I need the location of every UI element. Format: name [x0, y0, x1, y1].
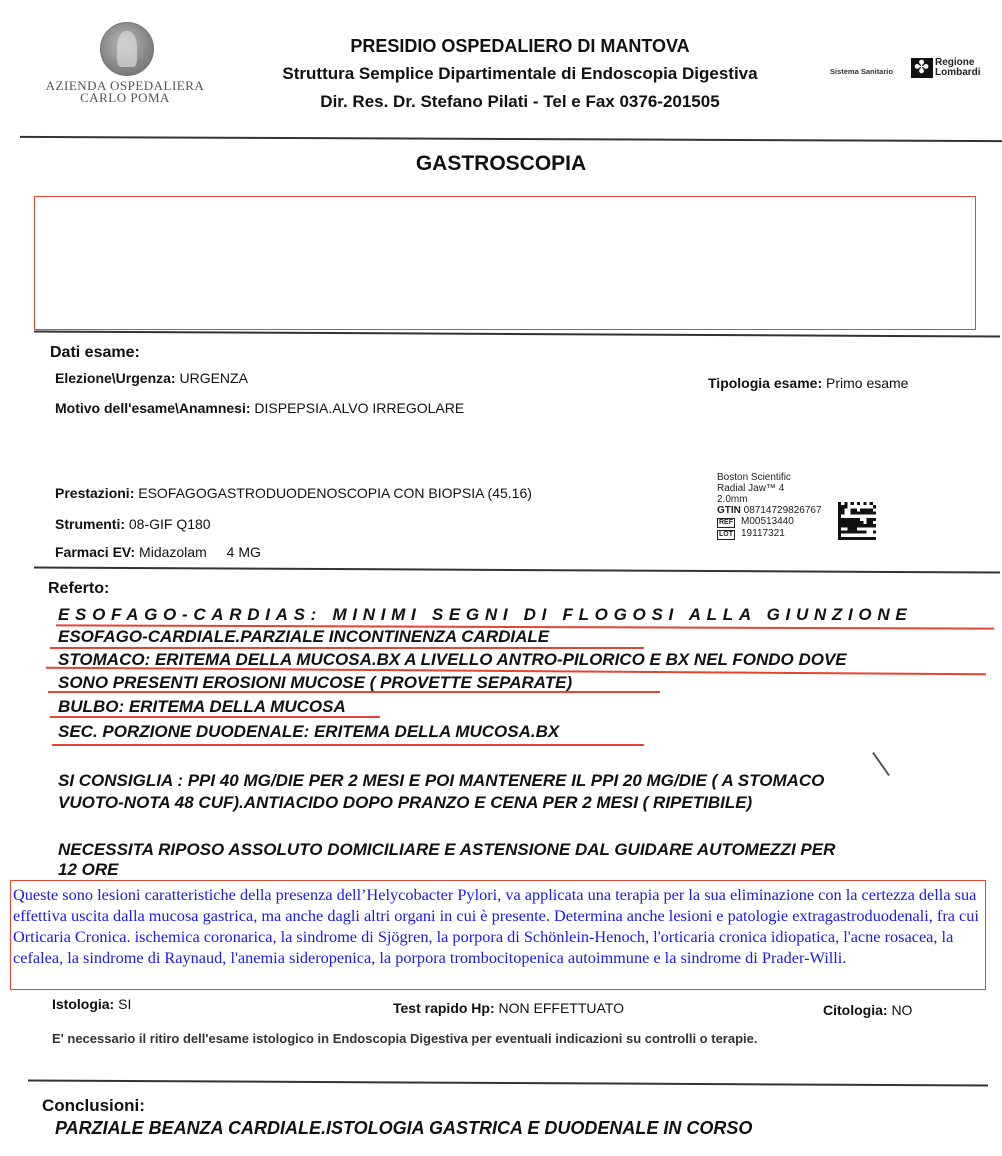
tipologia-label: Tipologia esame:	[708, 375, 822, 391]
prestazioni-label: Prestazioni:	[55, 485, 134, 501]
citologia-value: NO	[891, 1002, 912, 1018]
dati-esame-heading: Dati esame:	[50, 344, 140, 362]
ref-value: M00513440	[741, 516, 794, 527]
lot-label: LOT	[717, 530, 735, 540]
advice-line-1: SI CONSIGLIA : PPI 40 MG/DIE PER 2 MESI …	[58, 770, 824, 792]
referto-line-6: SEC. PORZIONE DUODENALE: ERITEMA DELLA M…	[58, 722, 559, 742]
logo-line-2: CARLO POMA	[30, 92, 220, 104]
lot-value: 19117321	[741, 528, 785, 539]
hospital-logo-medal-icon	[100, 22, 154, 76]
patient-divider	[34, 330, 1000, 337]
document-title: GASTROSCOPIA	[0, 152, 1002, 176]
prestazioni-field: Prestazioni: ESOFAGOGASTRODUODENOSCOPIA …	[55, 485, 532, 501]
advice-line-2: VUOTO-NOTA 48 CUF).ANTIACIDO DOPO PRANZO…	[58, 792, 824, 814]
test-rapido-value: NON EFFETTUATO	[499, 1000, 624, 1016]
citologia-label: Citologia:	[823, 1002, 888, 1018]
redacted-patient-box	[34, 196, 976, 330]
motivo-label: Motivo dell'esame\Anamnesi:	[55, 400, 251, 416]
results-divider	[28, 1079, 988, 1086]
conclusioni-text: PARZIALE BEANZA CARDIALE.ISTOLOGIA GASTR…	[55, 1118, 752, 1139]
elezione-value: URGENZA	[179, 370, 247, 386]
rest-line-1: NECESSITA RIPOSO ASSOLUTO DOMICILIARE E …	[58, 840, 835, 860]
device-sticker: Boston Scientific Radial Jaw™ 4 2.0mm GT…	[717, 472, 822, 540]
device-brand: Boston Scientific	[717, 472, 822, 483]
strumenti-field: Strumenti: 08-GIF Q180	[55, 516, 211, 532]
device-size: 2.0mm	[717, 494, 822, 505]
tipologia-value: Primo esame	[826, 375, 908, 391]
tipologia-field: Tipologia esame: Primo esame	[708, 375, 908, 391]
gtin-label: GTIN	[717, 505, 741, 516]
prestazioni-value: ESOFAGOGASTRODUODENOSCOPIA CON BIOPSIA (…	[138, 485, 532, 501]
datamatrix-barcode-icon	[838, 502, 876, 540]
header-presidio: PRESIDIO OSPEDALIERO DI MANTOVA	[240, 36, 800, 57]
header-struttura: Struttura Semplice Dipartimentale di End…	[240, 64, 800, 84]
dati-divider	[34, 566, 1000, 573]
referto-heading: Referto:	[48, 580, 109, 598]
device-lot: LOT19117321	[717, 528, 822, 540]
advice-block: SI CONSIGLIA : PPI 40 MG/DIE PER 2 MESI …	[58, 770, 824, 814]
test-rapido-field: Test rapido Hp: NON EFFETTUATO	[393, 1000, 624, 1016]
regione-lombardia-label: Regione Lombardi	[935, 58, 981, 78]
farmaci-field: Farmaci EV: Midazolam 4 MG	[55, 544, 261, 560]
red-underline-2	[50, 647, 644, 649]
istologia-label: Istologia:	[52, 996, 114, 1012]
histology-pickup-note: E' necessario il ritiro dell'esame istol…	[52, 1031, 757, 1046]
regione-line-2: Lombardi	[935, 68, 981, 78]
referto-line-1: ESOFAGO-CARDIAS: MINIMI SEGNI DI FLOGOSI…	[58, 605, 912, 625]
farmaci-label: Farmaci EV:	[55, 544, 135, 560]
header-divider	[20, 136, 1002, 142]
helicobacter-annotation-note: Queste sono lesioni caratteristiche dell…	[10, 880, 986, 990]
gtin-value: 08714729826767	[744, 505, 822, 516]
citologia-field: Citologia: NO	[823, 1002, 912, 1018]
motivo-value: DISPEPSIA.ALVO IRREGOLARE	[254, 400, 464, 416]
referto-line-5: BULBO: ERITEMA DELLA MUCOSA	[58, 697, 346, 717]
istologia-value: SI	[118, 996, 131, 1012]
sistema-sanitario-label: Sistema Sanitario	[830, 67, 893, 76]
rest-block: NECESSITA RIPOSO ASSOLUTO DOMICILIARE E …	[58, 840, 835, 880]
ref-label: REF	[717, 518, 735, 528]
device-product: Radial Jaw™ 4	[717, 483, 822, 494]
red-underline-6	[52, 744, 644, 746]
elezione-field: Elezione\Urgenza: URGENZA	[55, 370, 248, 386]
red-underline-5	[50, 716, 380, 718]
istologia-field: Istologia: SI	[52, 996, 131, 1012]
farmaci-dose: 4 MG	[227, 544, 261, 560]
referto-line-4: SONO PRESENTI EROSIONI MUCOSE ( PROVETTE…	[58, 673, 572, 693]
farmaci-value: Midazolam	[139, 544, 207, 560]
motivo-field: Motivo dell'esame\Anamnesi: DISPEPSIA.AL…	[55, 400, 464, 416]
regione-lombardia-logo-icon: ✤	[911, 58, 933, 78]
red-underline-4	[48, 691, 660, 693]
conclusioni-heading: Conclusioni:	[42, 1096, 145, 1116]
header-direttore: Dir. Res. Dr. Stefano Pilati - Tel e Fax…	[240, 92, 800, 112]
device-ref: REFM00513440	[717, 516, 822, 528]
strumenti-label: Strumenti:	[55, 516, 125, 532]
referto-line-2: ESOFAGO-CARDIALE.PARZIALE INCONTINENZA C…	[58, 627, 549, 647]
pen-mark	[872, 752, 890, 776]
strumenti-value: 08-GIF Q180	[129, 516, 211, 532]
hospital-logo-text: AZIENDA OSPEDALIERA CARLO POMA	[30, 80, 220, 104]
rest-line-2: 12 ORE	[58, 860, 835, 880]
elezione-label: Elezione\Urgenza:	[55, 370, 176, 386]
test-rapido-label: Test rapido Hp:	[393, 1000, 495, 1016]
device-gtin: GTIN 08714729826767	[717, 505, 822, 516]
